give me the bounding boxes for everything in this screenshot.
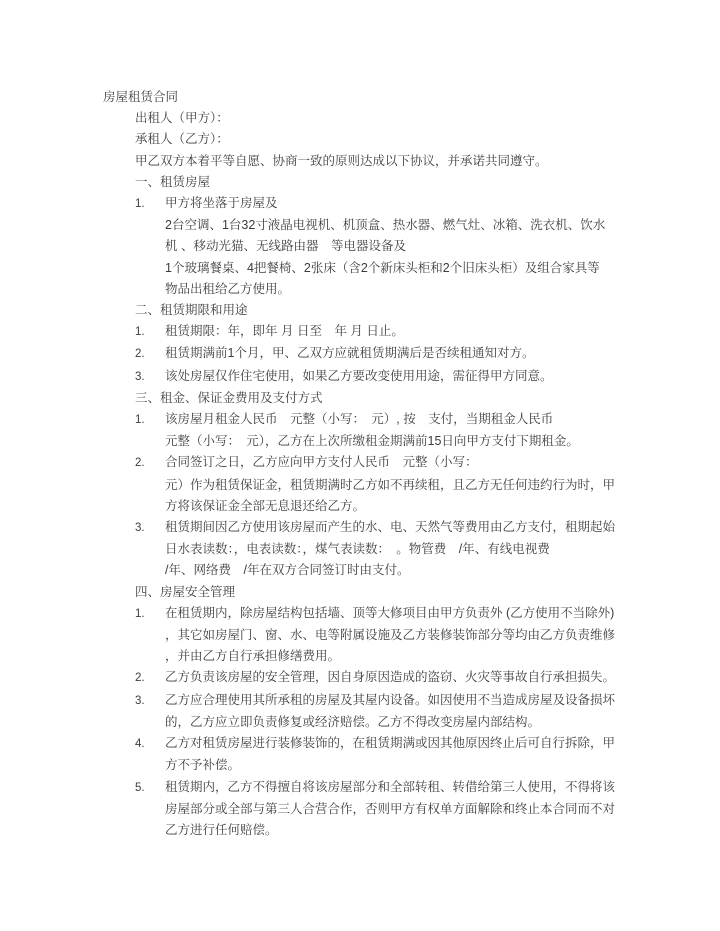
contract-item-line: 2.合同签订之日，乙方应向甲方支付人民币 元整（小写： (103, 452, 643, 474)
contract-item-continuation: 房屋部分或全部与第三人合营合作，否则甲方有权单方面解除和终止本合同而不对 (103, 799, 643, 820)
contract-item-continuation: ，并由乙方自行承担修缮费用。 (103, 646, 643, 667)
contract-item-continuation: 的，乙方应立即负责修复或经济赔偿。乙方不得改变房屋内部结构。 (103, 712, 643, 733)
item-text: 租赁期满前1个月，甲、乙双方应就租赁期满后是否续租通知对方。 (165, 346, 534, 360)
contract-item-continuation: /年、网络费 /年在双方合同签订时由支付。 (103, 560, 643, 581)
contract-item-line: 3.租赁期间因乙方使用该房屋而产生的水、电、天然气等费用由乙方支付，租期起始 (103, 517, 643, 539)
item-text: 乙方应合理使用其所承租的房屋及其屋内设备。如因使用不当造成房屋及设备损坏 (165, 693, 615, 707)
contract-item-line: 2.乙方负责该房屋的安全管理，因自身原因造成的盗窃、火灾等事故自行承担损失。 (103, 667, 643, 689)
item-text: 甲方将坐落于房屋及 (165, 196, 278, 210)
contract-item-continuation: 1个玻璃餐桌、4把餐椅、2张床（含2个新床头柜和2个旧床头柜）及组合家具等 (103, 258, 643, 279)
item-number: 1. (135, 194, 165, 215)
item-number: 3. (135, 367, 165, 388)
contract-content: 房屋租赁合同 出租人（甲方）：承租人（乙方）：甲乙双方本着平等自愿、协商一致的原… (103, 87, 643, 841)
contract-item-continuation: 机 、移动光猫、无线路由器 等电器设备及 (103, 236, 643, 257)
item-text: 该房屋月租金人民币 元整（小写： 元）, 按 支付，当期租金人民币 (165, 412, 553, 426)
item-number: 1. (135, 322, 165, 343)
item-text: 乙方负责该房屋的安全管理，因自身原因造成的盗窃、火灾等事故自行承担损失。 (165, 670, 615, 684)
contract-item-continuation: 元整（小写： 元），乙方在上次所缴租金期满前15日向甲方支付下期租金。 (103, 431, 643, 452)
item-number: 3. (135, 518, 165, 539)
contract-item-continuation: 元）作为租赁保证金，租赁期满时乙方如不再续租，且乙方无任何违约行为时，甲 (103, 475, 643, 496)
item-number: 2. (135, 668, 165, 689)
contract-item-line: 1.该房屋月租金人民币 元整（小写： 元）, 按 支付，当期租金人民币 (103, 409, 643, 431)
contract-item-continuation: 方将该保证金全部无息退还给乙方。 (103, 496, 643, 517)
contract-item-line: 3.乙方应合理使用其所承租的房屋及其屋内设备。如因使用不当造成房屋及设备损坏 (103, 690, 643, 712)
contract-item-continuation: ，其它如房屋门、窗、水、电等附属设施及乙方装修装饰部分等均由乙方负责维修 (103, 625, 643, 646)
item-number: 4. (135, 734, 165, 755)
contract-item-continuation: 物品出租给乙方使用。 (103, 279, 643, 300)
item-text: 合同签订之日，乙方应向甲方支付人民币 元整（小写： (165, 455, 478, 469)
item-number: 1. (135, 604, 165, 625)
item-text: 租赁期内，乙方不得擅自将该房屋部分和全部转租、转借给第三人使用，不得将该 (165, 780, 615, 794)
contract-item-continuation: 乙方进行任何赔偿。 (103, 820, 643, 841)
contract-item-continuation: 方不予补偿。 (103, 755, 643, 776)
section-heading: 一、租赁房屋 (103, 172, 643, 193)
item-number: 2. (135, 453, 165, 474)
item-number: 5. (135, 778, 165, 799)
item-text: 租赁期间因乙方使用该房屋而产生的水、电、天然气等费用由乙方支付，租期起始 (165, 520, 615, 534)
contract-item-line: 1.租赁期限：年，即年 月 日至 年 月 日止。 (103, 321, 643, 343)
contract-item-line: 1.甲方将坐落于房屋及 (103, 193, 643, 215)
contract-item-line: 1.在租赁期内，除房屋结构包括墙、顶等大修项目由甲方负责外 (乙方使用不当除外) (103, 603, 643, 625)
document-title: 房屋租赁合同 (103, 87, 643, 108)
contract-item-line: 3.该处房屋仅作住宅使用，如果乙方要改变使用用途，需征得甲方同意。 (103, 366, 643, 388)
item-number: 1. (135, 410, 165, 431)
intro-line: 甲乙双方本着平等自愿、协商一致的原则达成以下协议，并承诺共同遵守。 (103, 151, 643, 172)
contract-item-continuation: 2台空调、1台32寸液晶电视机、机顶盒、热水器、燃气灶、冰箱、洗衣机、饮水 (103, 215, 643, 236)
contract-item-line: 5.租赁期内，乙方不得擅自将该房屋部分和全部转租、转借给第三人使用，不得将该 (103, 777, 643, 799)
contract-item-continuation: 日水表读数：，电表读数：，煤气表读数： 。物管费 /年、有线电视费 (103, 539, 643, 560)
item-text: 该处房屋仅作住宅使用，如果乙方要改变使用用途，需征得甲方同意。 (165, 369, 553, 383)
section-heading: 四、房屋安全管理 (103, 582, 643, 603)
document-body: 出租人（甲方）：承租人（乙方）：甲乙双方本着平等自愿、协商一致的原则达成以下协议… (103, 108, 643, 841)
document-page: 房屋租赁合同 出租人（甲方）：承租人（乙方）：甲乙双方本着平等自愿、协商一致的原… (0, 0, 720, 931)
intro-line: 承租人（乙方）： (103, 129, 643, 150)
section-heading: 二、租赁期限和用途 (103, 300, 643, 321)
item-text: 乙方对租赁房屋进行装修装饰的，在租赁期满或因其他原因终止后可自行拆除，甲 (165, 736, 615, 750)
intro-line: 出租人（甲方）： (103, 108, 643, 129)
contract-item-line: 2.租赁期满前1个月，甲、乙双方应就租赁期满后是否续租通知对方。 (103, 343, 643, 365)
item-number: 3. (135, 691, 165, 712)
item-text: 租赁期限：年，即年 月 日至 年 月 日止。 (165, 324, 404, 338)
section-heading: 三、租金、保证金费用及支付方式 (103, 388, 643, 409)
item-text: 在租赁期内，除房屋结构包括墙、顶等大修项目由甲方负责外 (乙方使用不当除外) (165, 606, 614, 620)
contract-item-line: 4.乙方对租赁房屋进行装修装饰的，在租赁期满或因其他原因终止后可自行拆除，甲 (103, 733, 643, 755)
item-number: 2. (135, 344, 165, 365)
